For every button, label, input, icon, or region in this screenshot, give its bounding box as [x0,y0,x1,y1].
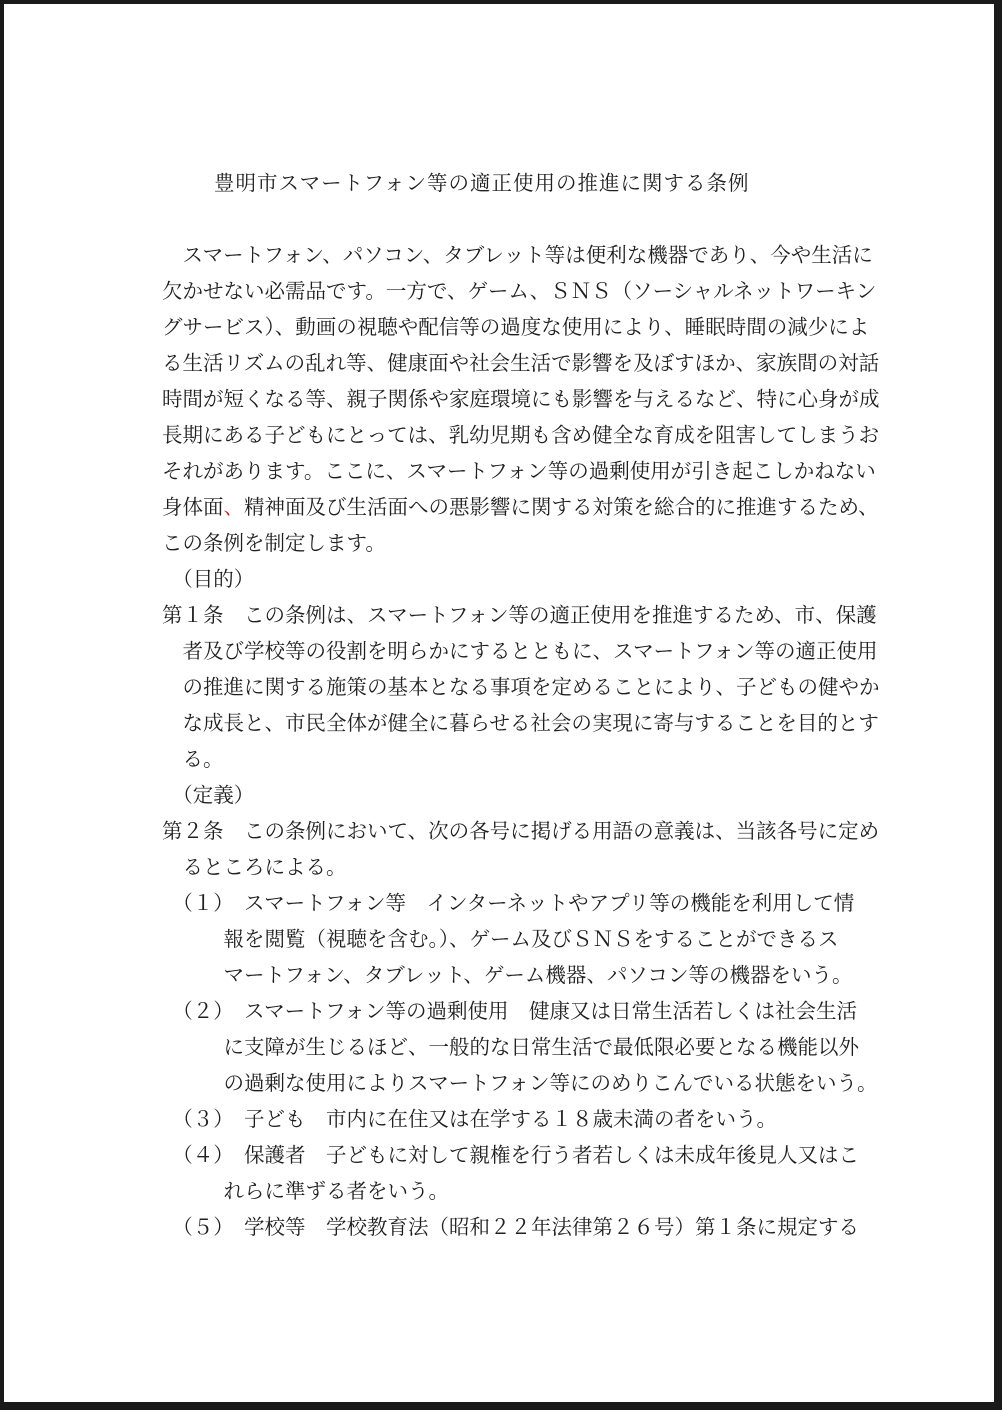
definition-item-1-line: マートフォン、タブレット、ゲーム機器、パソコン等の機器をいう。 [162,958,922,994]
preamble-line: この条例を制定します。 [162,526,922,562]
article-1-line: る。 [162,742,922,778]
preamble-line: それがあります。ここに、スマートフォン等の過剰使用が引き起こしかねない [162,454,922,490]
blank-line [162,202,922,238]
definition-item-5-line: （５） 学校等 学校教育法（昭和２２年法律第２６号）第１条に規定する [162,1210,922,1246]
preamble-line: る生活リズムの乱れ等、健康面や社会生活で影響を及ぼすほか、家族間の対話 [162,346,922,382]
definition-item-3-line: （３） 子ども 市内に在住又は在学する１８歳未満の者をいう。 [162,1102,922,1138]
preamble-line: 長期にある子どもにとっては、乳幼児期も含め健全な育成を阻害してしまうお [162,418,922,454]
preamble-text: 身体面 [162,497,224,519]
red-comma: 、 [224,497,245,519]
definition-item-2-line: の過剰な使用によりスマートフォン等にのめりこんでいる状態をいう。 [162,1066,922,1102]
article-1-line: 第１条 この条例は、スマートフォン等の適正使用を推進するため、市、保護 [162,598,922,634]
preamble-line-with-red-comma: 身体面、精神面及び生活面への悪影響に関する対策を総合的に推進するため、 [162,490,922,526]
preamble-line: 時間が短くなる等、親子関係や家庭環境にも影響を与えるなど、特に心身が成 [162,382,922,418]
document-content: 豊明市スマートフォン等の適正使用の推進に関する条例 スマートフォン、パソコン、タ… [162,166,922,1246]
article-1-line: の推進に関する施策の基本となる事項を定めることにより、子どもの健やか [162,670,922,706]
preamble-text: 精神面及び生活面への悪影響に関する対策を総合的に推進するため、 [244,497,879,519]
section-label-purpose: （目的） [162,562,922,598]
document-page: 豊明市スマートフォン等の適正使用の推進に関する条例 スマートフォン、パソコン、タ… [4,4,994,1402]
preamble-line: 欠かせない必需品です。一方で、ゲーム、ＳＮＳ（ソーシャルネットワーキン [162,274,922,310]
definition-item-4-line: （４） 保護者 子どもに対して親権を行う者若しくは未成年後見人又はこ [162,1138,922,1174]
preamble-line: スマートフォン、パソコン、タブレット等は便利な機器であり、今や生活に [162,238,922,274]
article-1-line: な成長と、市民全体が健全に暮らせる社会の実現に寄与することを目的とす [162,706,922,742]
document-title: 豊明市スマートフォン等の適正使用の推進に関する条例 [214,166,922,202]
definition-item-2-line: （２） スマートフォン等の過剰使用 健康又は日常生活若しくは社会生活 [162,994,922,1030]
definition-item-1-line: （１） スマートフォン等 インターネットやアプリ等の機能を利用して情 [162,886,922,922]
definition-item-4-line: れらに準ずる者をいう。 [162,1174,922,1210]
definition-item-2-line: に支障が生じるほど、一般的な日常生活で最低限必要となる機能以外 [162,1030,922,1066]
article-1-line: 者及び学校等の役割を明らかにするとともに、スマートフォン等の適正使用 [162,634,922,670]
section-label-definitions: （定義） [162,778,922,814]
preamble-line: グサービス）、動画の視聴や配信等の過度な使用により、睡眠時間の減少によ [162,310,922,346]
article-2-line: 第２条 この条例において、次の各号に掲げる用語の意義は、当該各号に定め [162,814,922,850]
article-2-line: るところによる。 [162,850,922,886]
definition-item-1-line: 報を閲覧（視聴を含む。）、ゲーム及びＳＮＳをすることができるス [162,922,922,958]
